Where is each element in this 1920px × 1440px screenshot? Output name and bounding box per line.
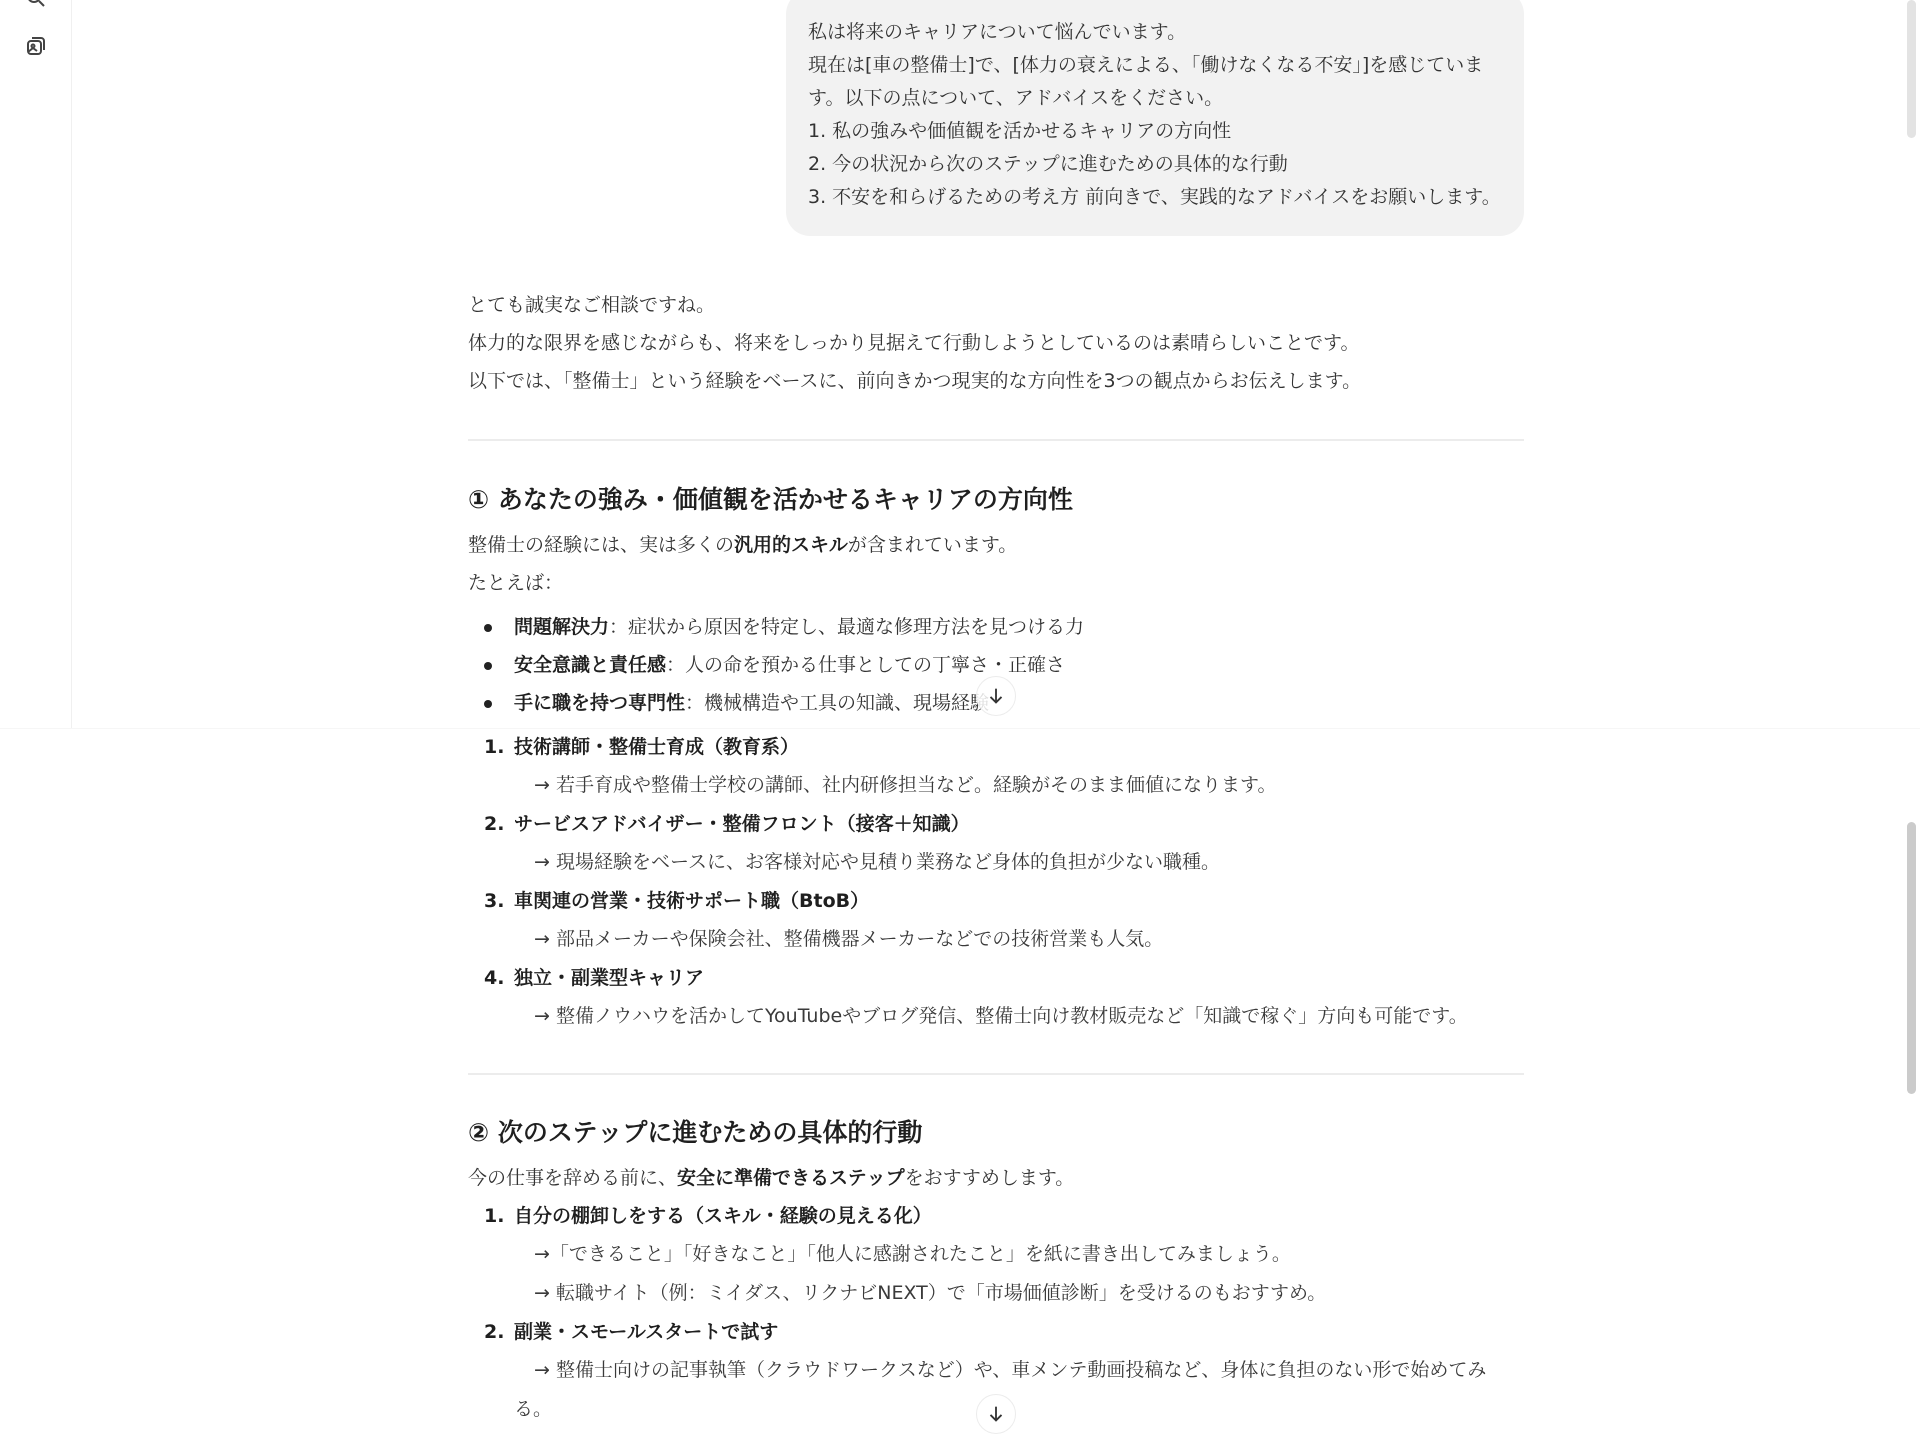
- career-title: 技術講師・整備士育成（教育系）: [514, 736, 799, 758]
- step-desc: → 転職サイト（例：ミイダス、リクナビNEXT）で「市場価値診断」を受けるのもお…: [468, 1274, 1524, 1313]
- user-message-bubble: 私は将来のキャリアについて悩んでいます。 現在は[車の整備士]で、[体力の衰えに…: [786, 0, 1524, 236]
- scroll-to-bottom-button[interactable]: [976, 1394, 1016, 1434]
- user-message-line: 3. 不安を和らげるための考え方 前向きで、実践的なアドバイスをお願いします。: [808, 181, 1502, 214]
- user-message-line: す。以下の点について、アドバイスをください。: [808, 82, 1502, 115]
- intro-line: とても誠実なご相談ですね。: [468, 286, 1524, 324]
- list-number: 1.: [484, 728, 504, 766]
- divider: [468, 439, 1524, 441]
- list-number: 1.: [484, 1197, 504, 1235]
- lead-text: が含まれています。: [848, 534, 1017, 556]
- strength-desc: 人の命を預かる仕事としての丁寧さ・正確さ: [685, 654, 1065, 676]
- list-number: 2.: [484, 805, 504, 843]
- arrow-down-icon: [985, 685, 1007, 707]
- scrollbar[interactable]: [1906, 0, 1920, 1440]
- user-message-line: 1. 私の強みや価値観を活かせるキャリアの方向性: [808, 115, 1502, 148]
- section-1-heading: ① あなたの強み・価値観を活かせるキャリアの方向性: [468, 480, 1524, 520]
- step-title: 副業・スモールスタートで試す: [514, 1321, 778, 1343]
- scrollbar-thumb[interactable]: [1907, 822, 1916, 1094]
- list-item: 1. 技術講師・整備士育成（教育系）: [468, 728, 1524, 766]
- user-message-line: 現在は[車の整備士]で、[体力の衰えによる、「働けなくなる不安」]を感じていま: [808, 49, 1502, 82]
- list-number: 2.: [484, 1313, 504, 1351]
- divider: [468, 1073, 1524, 1075]
- lead-text: をおすすめします。: [905, 1167, 1075, 1189]
- intro-line: 体力的な限界を感じながらも、将来をしっかり見据えて行動しようとしているのは素晴ら…: [468, 324, 1524, 362]
- example-label: たとえば：: [468, 564, 1524, 602]
- strength-title: 問題解決力: [514, 616, 609, 638]
- strength-desc: 症状から原因を特定し、最適な修理方法を見つける力: [628, 616, 1084, 638]
- list-number: 3.: [484, 882, 504, 920]
- career-desc: → 部品メーカーや保険会社、整備機器メーカーなどでの技術営業も人気。: [468, 920, 1524, 959]
- image-library-icon[interactable]: [22, 32, 50, 60]
- section-2: ② 次のステップに進むための具体的行動 今の仕事を辞める前に、安全に準備できるス…: [468, 1113, 1524, 1429]
- step-title: 自分の棚卸しをする（スキル・経験の見える化）: [514, 1205, 932, 1227]
- career-options-list: 1. 技術講師・整備士育成（教育系） → 若手育成や整備士学校の講師、社内研修担…: [468, 728, 1524, 1036]
- bullet-icon: [484, 700, 492, 708]
- section-2-lead: 今の仕事を辞める前に、安全に準備できるステップをおすすめします。: [468, 1159, 1524, 1197]
- step-desc: →「できること」「好きなこと」「他人に感謝されたこと」を紙に書き出してみましょう…: [468, 1235, 1524, 1274]
- strength-desc: 機械構造や工具の知識、現場経験: [704, 692, 989, 714]
- lead-text: 整備士の経験には、実は多くの: [468, 534, 734, 556]
- separator: ：: [609, 616, 628, 638]
- list-item: 4. 独立・副業型キャリア: [468, 959, 1524, 997]
- section-2-heading: ② 次のステップに進むための具体的行動: [468, 1113, 1524, 1153]
- search-icon[interactable]: [22, 0, 50, 12]
- assistant-intro: とても誠実なご相談ですね。 体力的な限界を感じながらも、将来をしっかり見据えて行…: [468, 286, 1524, 400]
- user-message-line: 私は将来のキャリアについて悩んでいます。: [808, 16, 1502, 49]
- list-number: 4.: [484, 959, 504, 997]
- user-message-line: 2. 今の状況から次のステップに進むための具体的な行動: [808, 148, 1502, 181]
- lead-bold: 汎用的スキル: [734, 534, 848, 556]
- list-item: 3. 車関連の営業・技術サポート職（BtoB）: [468, 882, 1524, 920]
- list-item: 2. サービスアドバイザー・整備フロント（接客＋知識）: [468, 805, 1524, 843]
- strength-title: 手に職を持つ専門性: [514, 692, 685, 714]
- step-desc: → 整備士向けの記事執筆（クラウドワークスなど）や、車メンテ動画投稿など、身体に…: [468, 1351, 1524, 1390]
- sidebar: [0, 0, 72, 728]
- intro-line: 以下では、「整備士」という経験をベースに、前向きかつ現実的な方向性を3つの観点か…: [468, 362, 1524, 400]
- list-item: 1. 自分の棚卸しをする（スキル・経験の見える化）: [468, 1197, 1524, 1235]
- career-desc: → 現場経験をベースに、お客様対応や見積り業務など身体的負担が少ない職種。: [468, 843, 1524, 882]
- bullet-icon: [484, 662, 492, 670]
- section-1-lead: 整備士の経験には、実は多くの汎用的スキルが含まれています。: [468, 526, 1524, 564]
- career-title: サービスアドバイザー・整備フロント（接客＋知識）: [514, 813, 970, 835]
- scrollbar-thumb-upper[interactable]: [1907, 0, 1916, 138]
- lead-text: 今の仕事を辞める前に、: [468, 1167, 677, 1189]
- strength-title: 安全意識と責任感: [514, 654, 666, 676]
- list-item: 2. 副業・スモールスタートで試す: [468, 1313, 1524, 1351]
- separator: ：: [685, 692, 704, 714]
- bullet-icon: [484, 624, 492, 632]
- career-title: 独立・副業型キャリア: [514, 967, 704, 989]
- career-desc: → 整備ノウハウを活かしてYouTubeやブログ発信、整備士向け教材販売など「知…: [468, 997, 1524, 1036]
- scroll-to-bottom-button[interactable]: [976, 676, 1016, 716]
- list-item: 問題解決力：症状から原因を特定し、最適な修理方法を見つける力: [468, 608, 1524, 646]
- career-title: 車関連の営業・技術サポート職（BtoB）: [514, 890, 869, 912]
- lead-bold: 安全に準備できるステップ: [677, 1167, 905, 1189]
- separator: ：: [666, 654, 685, 676]
- arrow-down-icon: [985, 1403, 1007, 1425]
- career-desc: → 若手育成や整備士学校の講師、社内研修担当など。経験がそのまま価値になります。: [468, 766, 1524, 805]
